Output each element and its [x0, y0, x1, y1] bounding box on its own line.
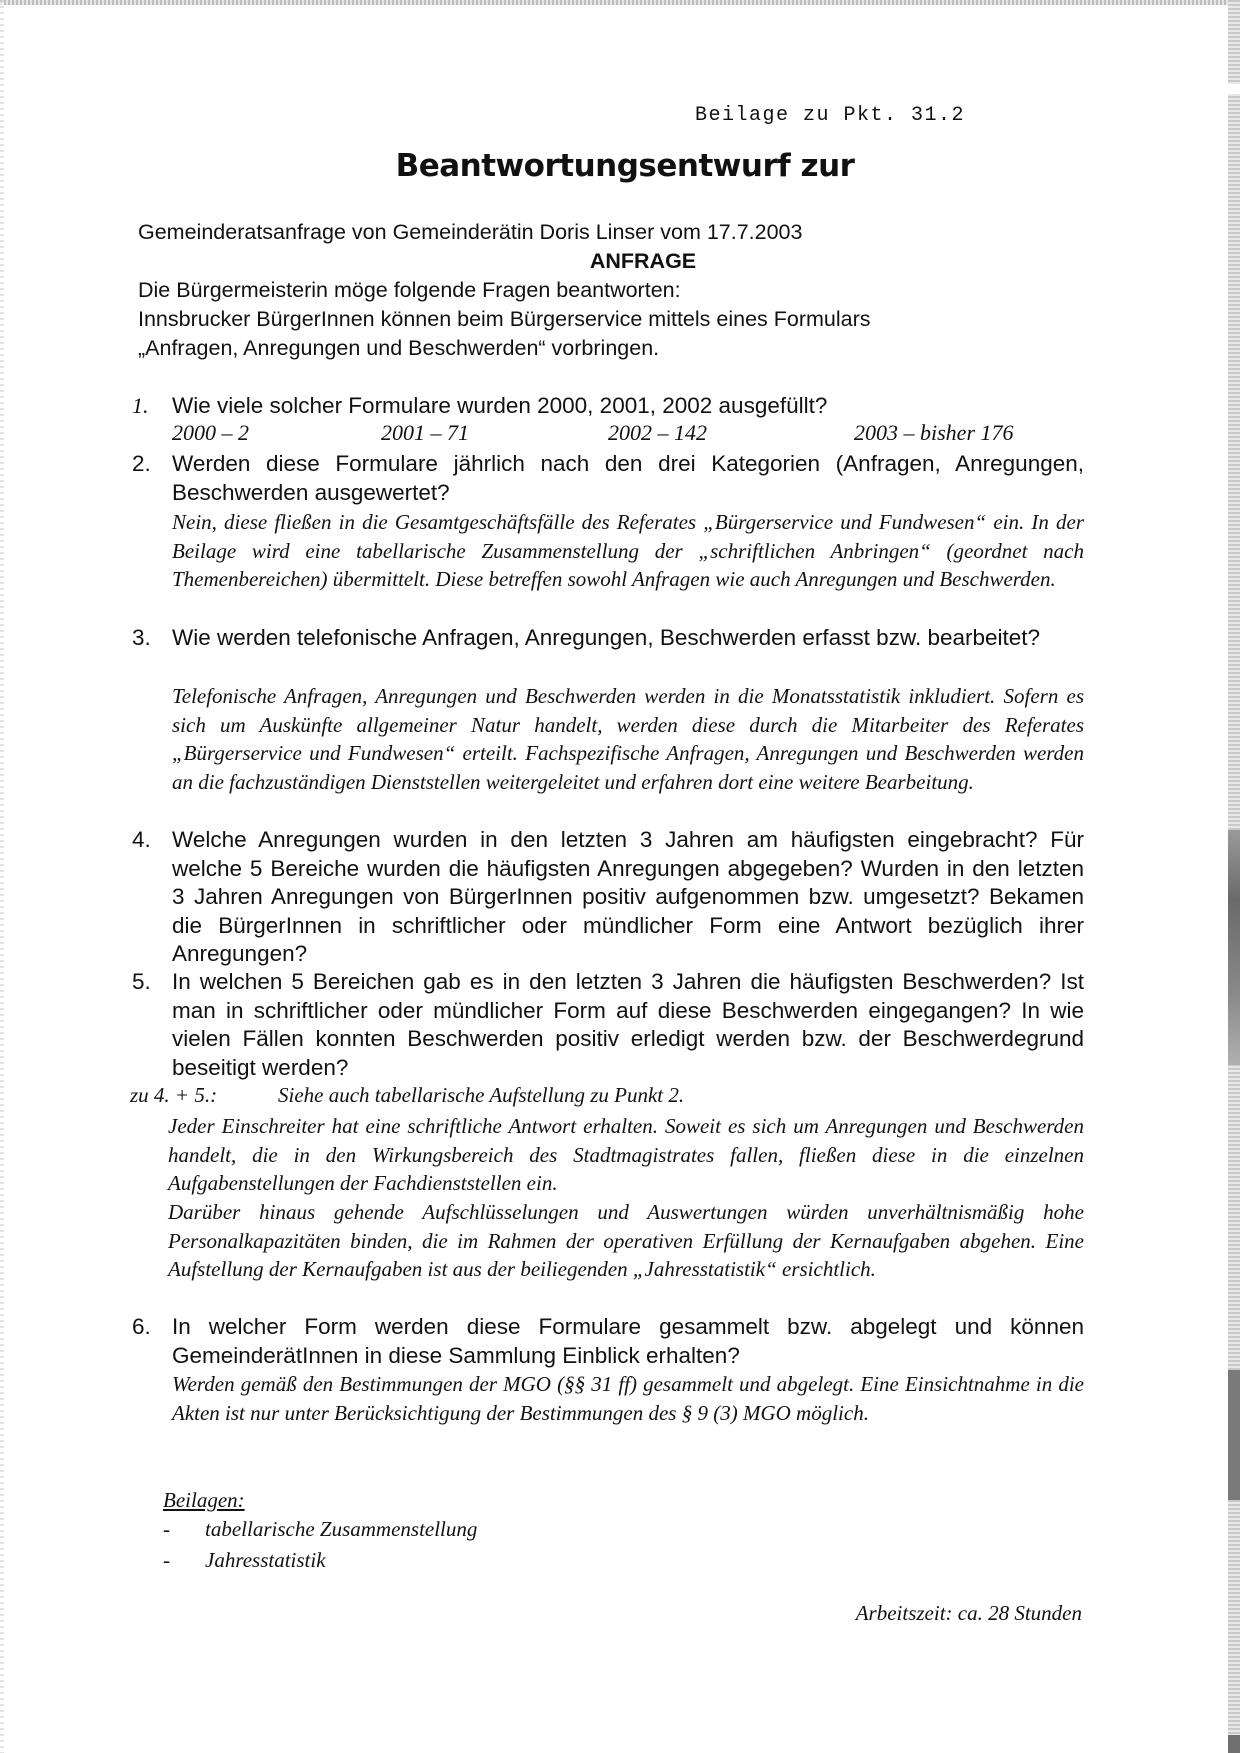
question-text: Wie werden telefonische Anfragen, Anregu… [172, 624, 1084, 653]
inquiry-source-line: Gemeinderatsanfrage von Gemeinderätin Do… [138, 218, 1058, 247]
work-time-note: Arbeitszeit: ca. 28 Stunden [856, 1601, 1082, 1626]
question-number: 6. [132, 1313, 170, 1342]
question-text: Wie viele solcher Formulare wurden 2000,… [172, 392, 1084, 421]
bullet-dash: - [163, 1514, 205, 1545]
answer-1-years: 2000 – 2 2001 – 71 2002 – 142 2003 – bis… [172, 420, 1072, 448]
question-number: 1. [132, 392, 170, 421]
question-text: In welchen 5 Bereichen gab es in den let… [172, 968, 1084, 1082]
answer-6: Werden gemäß den Bestimmungen der MGO (§… [172, 1370, 1084, 1427]
attachments-heading: Beilagen: [163, 1488, 245, 1513]
question-2: 2. Werden diese Formulare jährlich nach … [132, 450, 1084, 507]
year-count-2000: 2000 – 2 [172, 420, 249, 446]
inquiry-request-line: Die Bürgermeisterin möge folgende Fragen… [138, 276, 1058, 305]
question-number: 3. [132, 624, 170, 653]
attachment-label: tabellarische Zusammenstellung [205, 1514, 477, 1545]
question-number: 4. [132, 826, 170, 855]
attachment-item: - tabellarische Zusammenstellung [163, 1514, 477, 1545]
year-count-2002: 2002 – 142 [608, 420, 707, 446]
document-page: Beilage zu Pkt. 31.2 Beantwortungsentwur… [0, 0, 1240, 1753]
attachment-label: Jahresstatistik [205, 1545, 326, 1576]
page-title: Beantwortungsentwurf zur [0, 148, 1240, 184]
attachment-item: - Jahresstatistik [163, 1545, 477, 1576]
combined-answer-label: zu 4. + 5.: [130, 1083, 217, 1108]
question-number: 2. [132, 450, 170, 479]
question-text: In welcher Form werden diese Formulare g… [172, 1313, 1084, 1370]
question-number: 5. [132, 968, 170, 997]
inquiry-context-line-2: „Anfragen, Anregungen und Beschwerden“ v… [138, 334, 1058, 363]
answer-2: Nein, diese fließen in die Gesamtgeschäf… [172, 508, 1084, 594]
combined-answer-paragraph-1: Jeder Einschreiter hat eine schriftliche… [168, 1112, 1084, 1198]
attachments-list: - tabellarische Zusammenstellung - Jahre… [163, 1514, 477, 1576]
combined-answer-lead: Siehe auch tabellarische Aufstellung zu … [278, 1083, 684, 1108]
question-5: 5. In welchen 5 Bereichen gab es in den … [132, 968, 1084, 1082]
inquiry-heading: ANFRAGE [138, 247, 1058, 276]
year-count-2001: 2001 – 71 [381, 420, 469, 446]
question-text: Welche Anregungen wurden in den letzten … [172, 826, 1084, 969]
attachment-reference: Beilage zu Pkt. 31.2 [695, 104, 965, 127]
question-1: 1. Wie viele solcher Formulare wurden 20… [132, 392, 1084, 421]
inquiry-context-line: Innsbrucker BürgerInnen können beim Bürg… [138, 305, 1058, 334]
year-count-2003: 2003 – bisher 176 [854, 420, 1014, 446]
combined-answer-paragraph-2: Darüber hinaus gehende Aufschlüsselungen… [168, 1198, 1084, 1284]
question-6: 6. In welcher Form werden diese Formular… [132, 1313, 1084, 1370]
bullet-dash: - [163, 1545, 205, 1576]
question-text: Werden diese Formulare jährlich nach den… [172, 450, 1084, 507]
question-3: 3. Wie werden telefonische Anfragen, Anr… [132, 624, 1084, 653]
inquiry-intro: Gemeinderatsanfrage von Gemeinderätin Do… [138, 218, 1058, 363]
question-4: 4. Welche Anregungen wurden in den letzt… [132, 826, 1084, 969]
answer-3: Telefonische Anfragen, Anregungen und Be… [172, 682, 1084, 796]
